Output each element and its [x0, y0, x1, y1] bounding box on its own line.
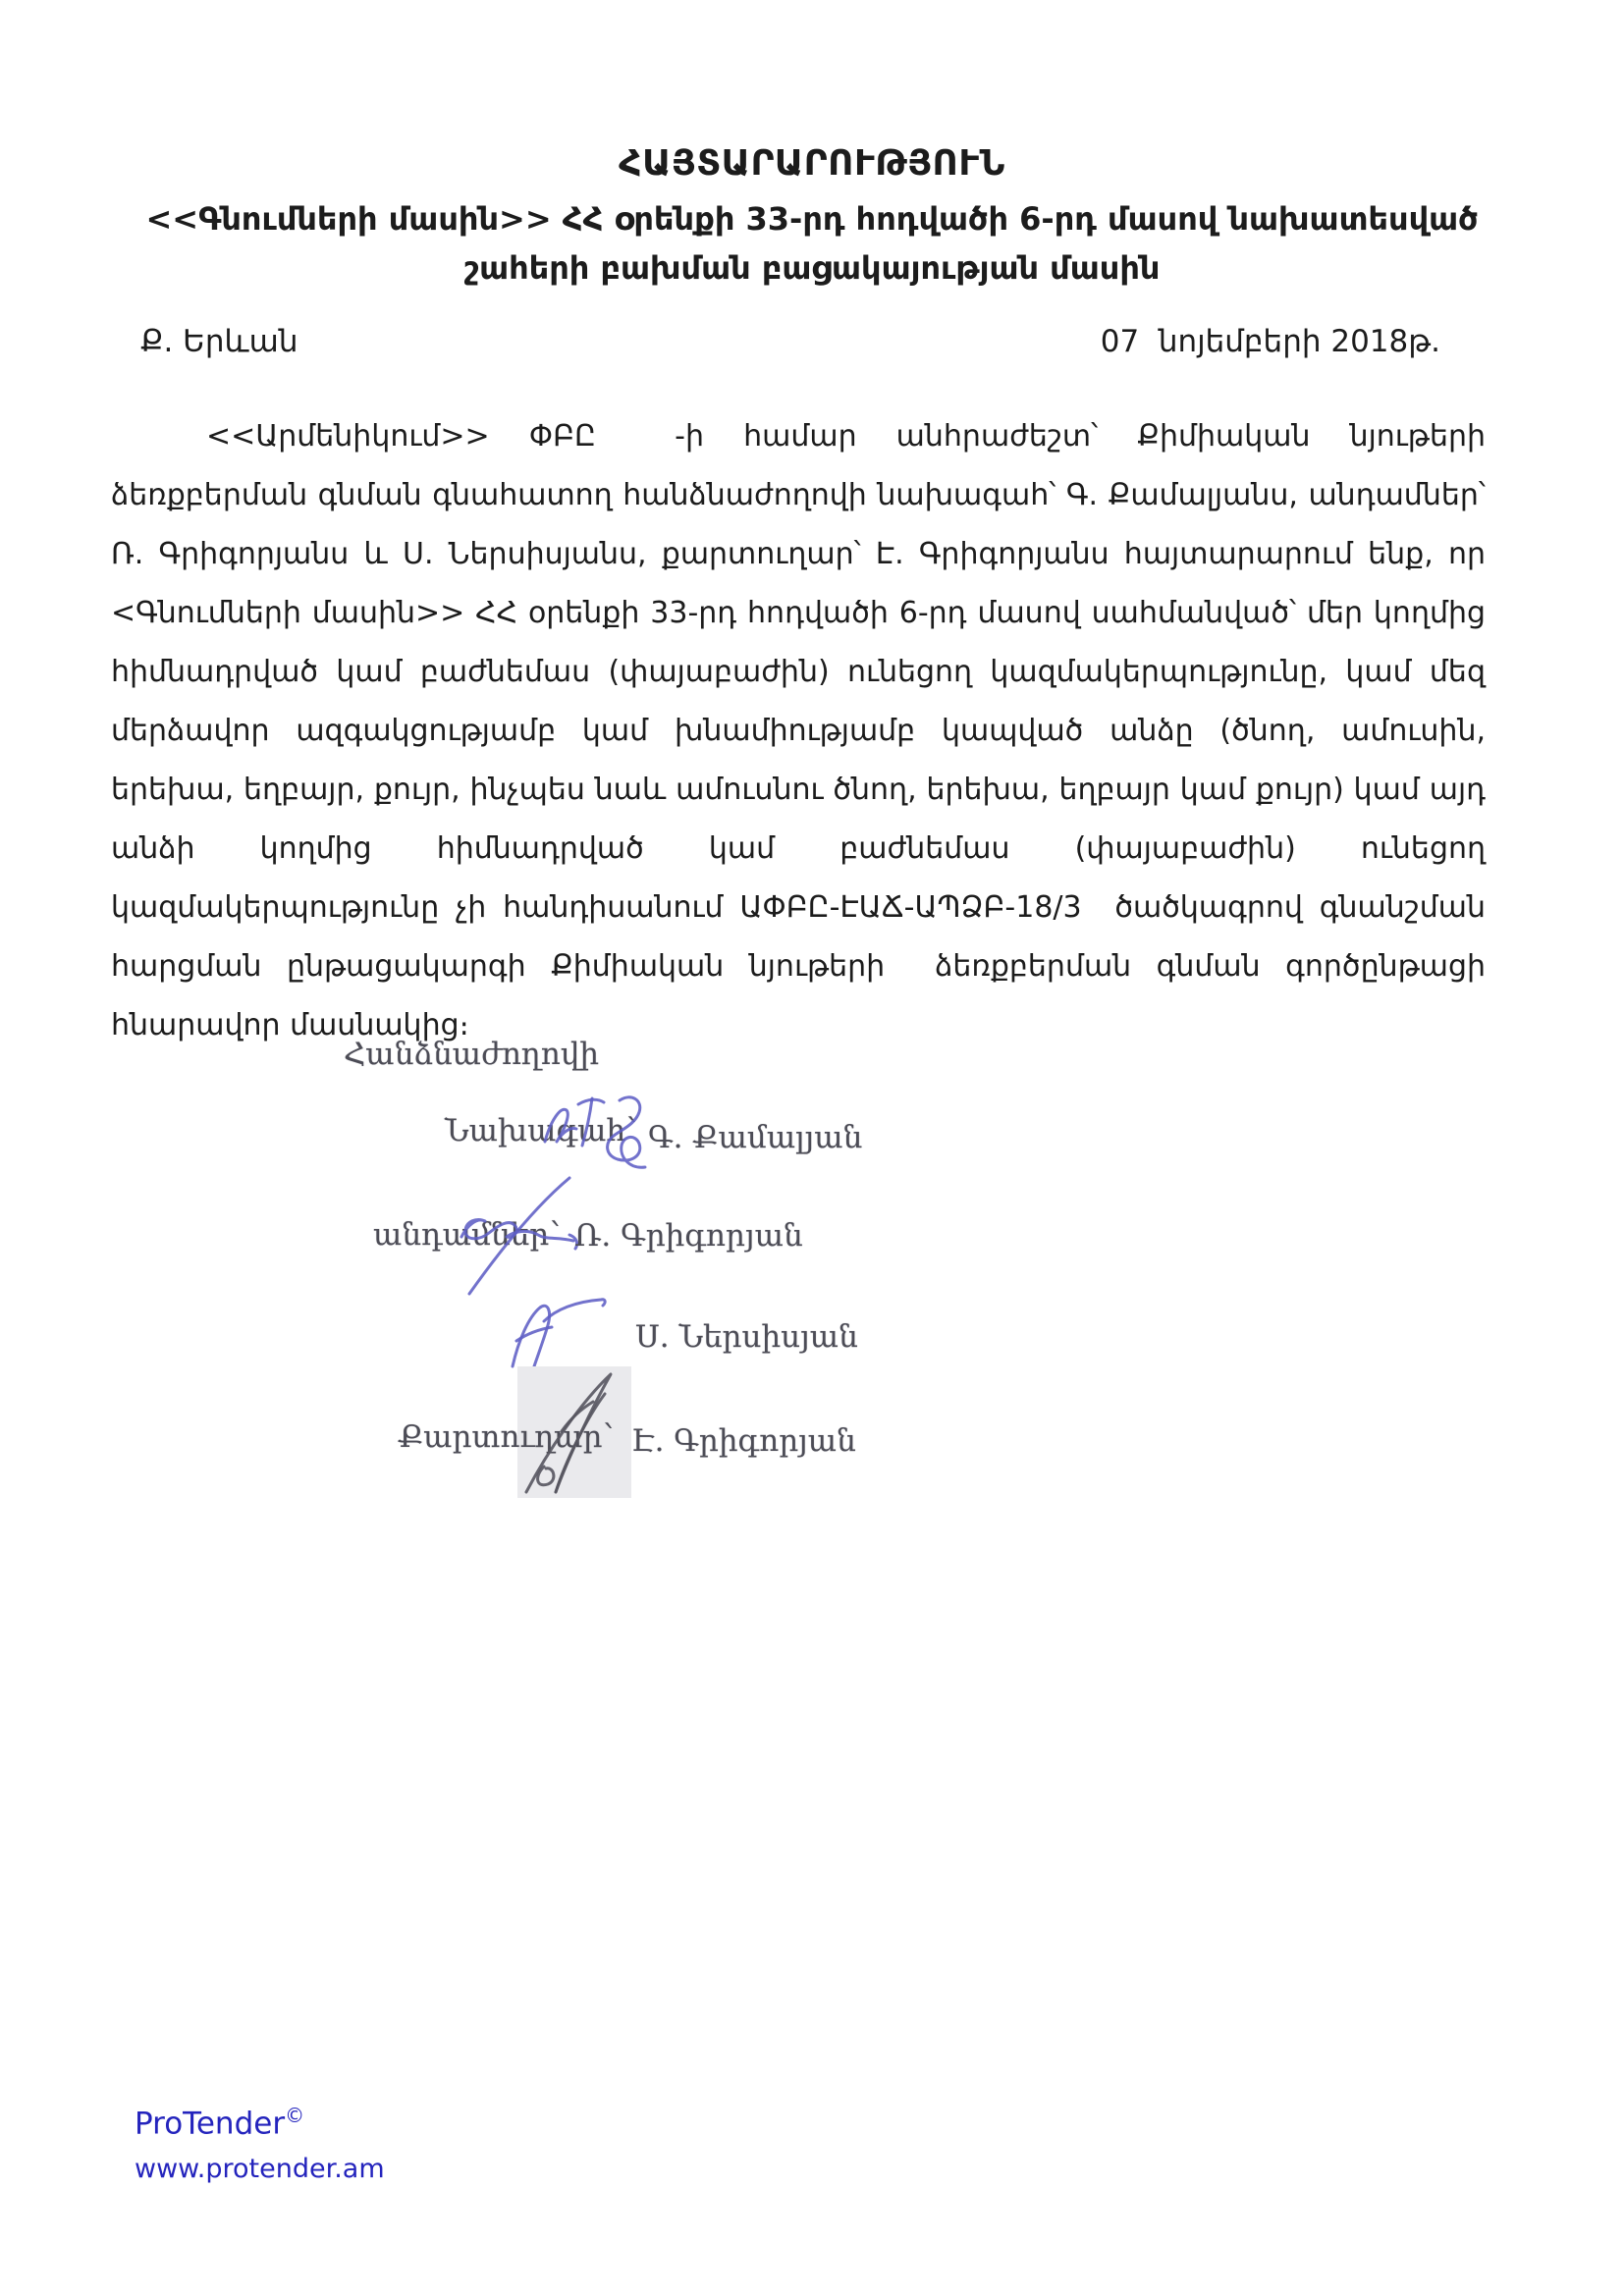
- document-place: Ք. Երևան: [140, 324, 298, 359]
- copyright-symbol: ©: [285, 2104, 304, 2127]
- member-1-signature-icon: [454, 1174, 591, 1300]
- secretary-signature-icon: [511, 1368, 633, 1498]
- document-subtitle-line-2: շահերի բախման բացակայության մասին: [118, 243, 1506, 293]
- document-subtitle: <<Գնումների մասին>> ՀՀ օրենքի 33-րդ հոդվ…: [118, 194, 1506, 293]
- chairman-signature-icon: [535, 1083, 658, 1176]
- signer-name-secretary: Է. Գրիգորյան: [631, 1423, 856, 1459]
- declaration-body: <<Արմենիկում>> ՓԲԸ -ի համար անհրաժեշտ՝ Ք…: [111, 407, 1486, 1055]
- member-2-signature-icon: [489, 1288, 617, 1378]
- place-date-row: Ք. Երևան 07 նոյեմբերի 2018թ.: [140, 324, 1440, 359]
- signature-block-heading: Հանձնաժողովի: [344, 1037, 599, 1072]
- protender-website-link[interactable]: www.protender.am: [135, 2154, 385, 2184]
- document-date: 07 նոյեմբերի 2018թ.: [1101, 324, 1440, 359]
- protender-logo-text: ProTender: [135, 2106, 285, 2141]
- document-subtitle-line-1: <<Գնումների մասին>> ՀՀ օրենքի 33-րդ հոդվ…: [118, 194, 1506, 243]
- protender-logo: ProTender©: [135, 2104, 304, 2141]
- document-page: ՀԱՅՏԱՐԱՐՈՒԹՅՈՒՆ <<Գնումների մասին>> ՀՀ օ…: [0, 0, 1624, 2296]
- document-title: ՀԱՅՏԱՐԱՐՈՒԹՅՈՒՆ: [0, 143, 1624, 184]
- signer-name-member-2: Ս. Ներսիսյան: [635, 1319, 858, 1355]
- signer-name-member-1: Ռ. Գրիգորյան: [574, 1218, 803, 1254]
- signer-name-chairman: Գ. Քամալյան: [648, 1120, 862, 1155]
